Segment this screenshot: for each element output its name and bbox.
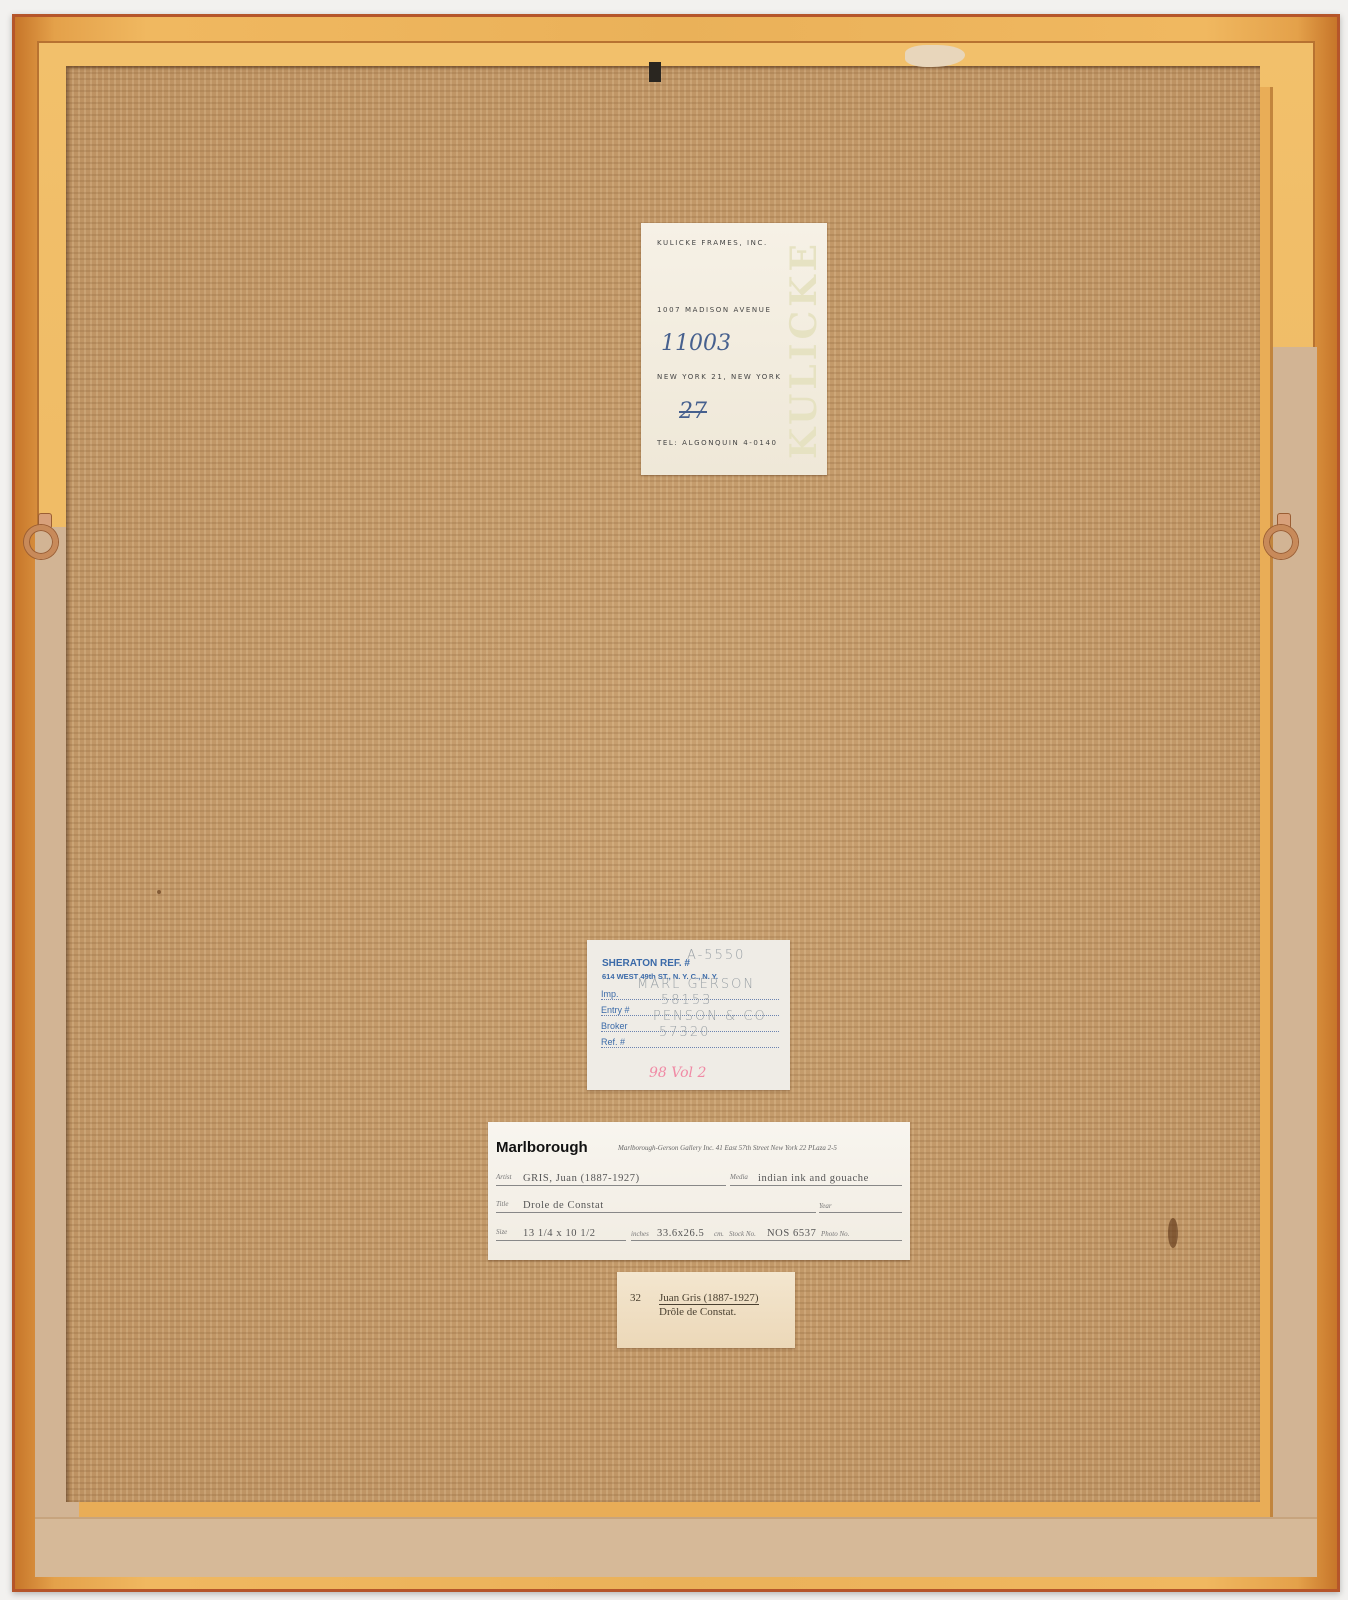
rule — [631, 1240, 902, 1241]
field-value: MARL GERSON — [637, 977, 755, 992]
field-label: Imp. — [601, 989, 619, 999]
field-value: PENSON & CO — [653, 1009, 767, 1024]
size-cm-value: 33.6x26.5 — [657, 1228, 704, 1239]
media-value: indian ink and gouache — [758, 1173, 869, 1184]
catalogue-artist: Juan Gris (1887-1927) — [659, 1292, 759, 1305]
marlborough-address: Marlborough-Gerson Gallery Inc. 41 East … — [618, 1144, 837, 1152]
mat-strip-bottom — [35, 1517, 1317, 1577]
kulicke-address: 1007 MADISON AVENUE — [657, 306, 771, 314]
field-value: 58153 — [661, 993, 712, 1008]
artist-label: Artist — [496, 1173, 512, 1181]
marlborough-brand: Marlborough — [496, 1139, 588, 1156]
kulicke-watermark: KULICKE — [783, 235, 821, 465]
catalogue-title: Drôle de Constat. — [659, 1306, 736, 1318]
sheraton-title: SHERATON REF. # — [602, 958, 690, 969]
size-label: Size — [496, 1228, 507, 1236]
field-label: Broker — [601, 1021, 628, 1031]
size-value: 13 1/4 x 10 1/2 — [523, 1228, 596, 1239]
field-label: Ref. # — [601, 1037, 625, 1047]
field-label: Entry # — [601, 1005, 630, 1015]
year-label: Year — [819, 1202, 832, 1210]
kulicke-frames-label: KULICKE FRAMES, INC. 1007 MADISON AVENUE… — [641, 223, 827, 475]
sheraton-ref-handwritten: A-5550 — [687, 948, 745, 963]
kulicke-company: KULICKE FRAMES, INC. — [657, 239, 768, 247]
cm-label: cm. — [714, 1230, 724, 1238]
metal-clip — [649, 62, 661, 82]
media-label: Media — [730, 1173, 748, 1181]
artist-value: GRIS, Juan (1887-1927) — [523, 1173, 640, 1184]
stock-value: NOS 6537 — [767, 1228, 816, 1239]
catalogue-label: 32 Juan Gris (1887-1927) Drôle de Consta… — [617, 1272, 795, 1348]
rule — [819, 1212, 902, 1213]
kulicke-handwritten-number: 11003 — [661, 331, 731, 356]
sheraton-pink-note: 98 Vol 2 — [649, 1065, 706, 1081]
stain — [157, 890, 161, 894]
hanging-ring-left-icon — [24, 525, 58, 559]
rule — [730, 1185, 902, 1186]
field-value: 57320 — [659, 1025, 710, 1040]
rule — [496, 1185, 726, 1186]
stain — [1168, 1218, 1178, 1248]
rule — [496, 1212, 816, 1213]
sheraton-label: SHERATON REF. # A-5550 614 WEST 49th ST.… — [587, 940, 790, 1090]
kulicke-handwritten-mark: 27 — [679, 399, 707, 424]
kulicke-phone: TEL: ALGONQUIN 4-0140 — [657, 439, 778, 447]
sheraton-field-ref: Ref. # 57320 — [601, 1033, 779, 1048]
title-label: Title — [496, 1200, 508, 1208]
photo-label: Photo No. — [821, 1230, 849, 1238]
title-value: Drole de Constat — [523, 1200, 604, 1211]
kulicke-city: NEW YORK 21, NEW YORK — [657, 373, 782, 381]
stock-label: Stock No. — [729, 1230, 756, 1238]
catalogue-number: 32 — [630, 1292, 641, 1304]
rule — [496, 1240, 626, 1241]
marlborough-label: Marlborough Marlborough-Gerson Gallery I… — [488, 1122, 910, 1260]
inches-label: inches — [631, 1230, 649, 1238]
hanging-ring-right-icon — [1264, 525, 1298, 559]
